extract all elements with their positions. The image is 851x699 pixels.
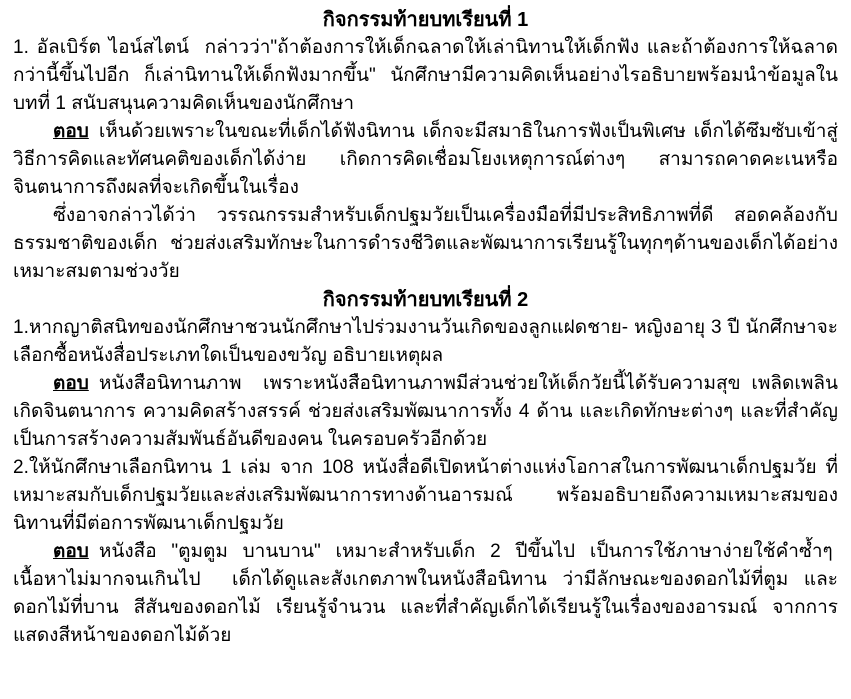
lesson-1-answer-1-continued: ซึ่งอาจกล่าวได้ว่า วรรณกรรมสำหรับเด็กปฐม… [13, 202, 838, 286]
lesson-2-question-2: 2.ให้นักศึกษาเลือกนิทาน 1 เล่ม จาก 108 ห… [13, 454, 838, 538]
lesson-1-section: กิจกรรมท้ายบทเรียนที่ 1 1. อัลเบิร์ต ไอน… [13, 6, 838, 286]
answer-text: หนังสือนิทานภาพ เพราะหนังสือนิทานภาพมีส่… [13, 373, 838, 450]
lesson-2-section: กิจกรรมท้ายบทเรียนที่ 2 1.หากญาติสนิทของ… [13, 286, 838, 650]
answer-label: ตอบ [53, 541, 89, 562]
document-page: กิจกรรมท้ายบทเรียนที่ 1 1. อัลเบิร์ต ไอน… [0, 0, 851, 650]
lesson-2-answer-2: ตอบหนังสือ "ตูมตูม บานบาน" เหมาะสำหรับเด… [13, 538, 838, 650]
lesson-1-answer-1: ตอบเห็นด้วยเพราะในขณะที่เด็กได้ฟังนิทาน … [13, 118, 838, 202]
lesson-2-answer-1: ตอบหนังสือนิทานภาพ เพราะหนังสือนิทานภาพม… [13, 370, 838, 454]
lesson-2-title: กิจกรรมท้ายบทเรียนที่ 2 [13, 286, 838, 314]
answer-text: เห็นด้วยเพราะในขณะที่เด็กได้ฟังนิทาน เด็… [13, 121, 838, 198]
lesson-1-question-1: 1. อัลเบิร์ต ไอน์สไตน์ กล่าวว่า"ถ้าต้องก… [13, 34, 838, 118]
lesson-2-question-1: 1.หากญาติสนิทของนักศึกษาชวนนักศึกษาไปร่ว… [13, 314, 838, 370]
answer-label: ตอบ [53, 121, 89, 142]
answer-text: หนังสือ "ตูมตูม บานบาน" เหมาะสำหรับเด็ก … [13, 541, 838, 646]
answer-label: ตอบ [53, 373, 89, 394]
lesson-1-title: กิจกรรมท้ายบทเรียนที่ 1 [13, 6, 838, 34]
